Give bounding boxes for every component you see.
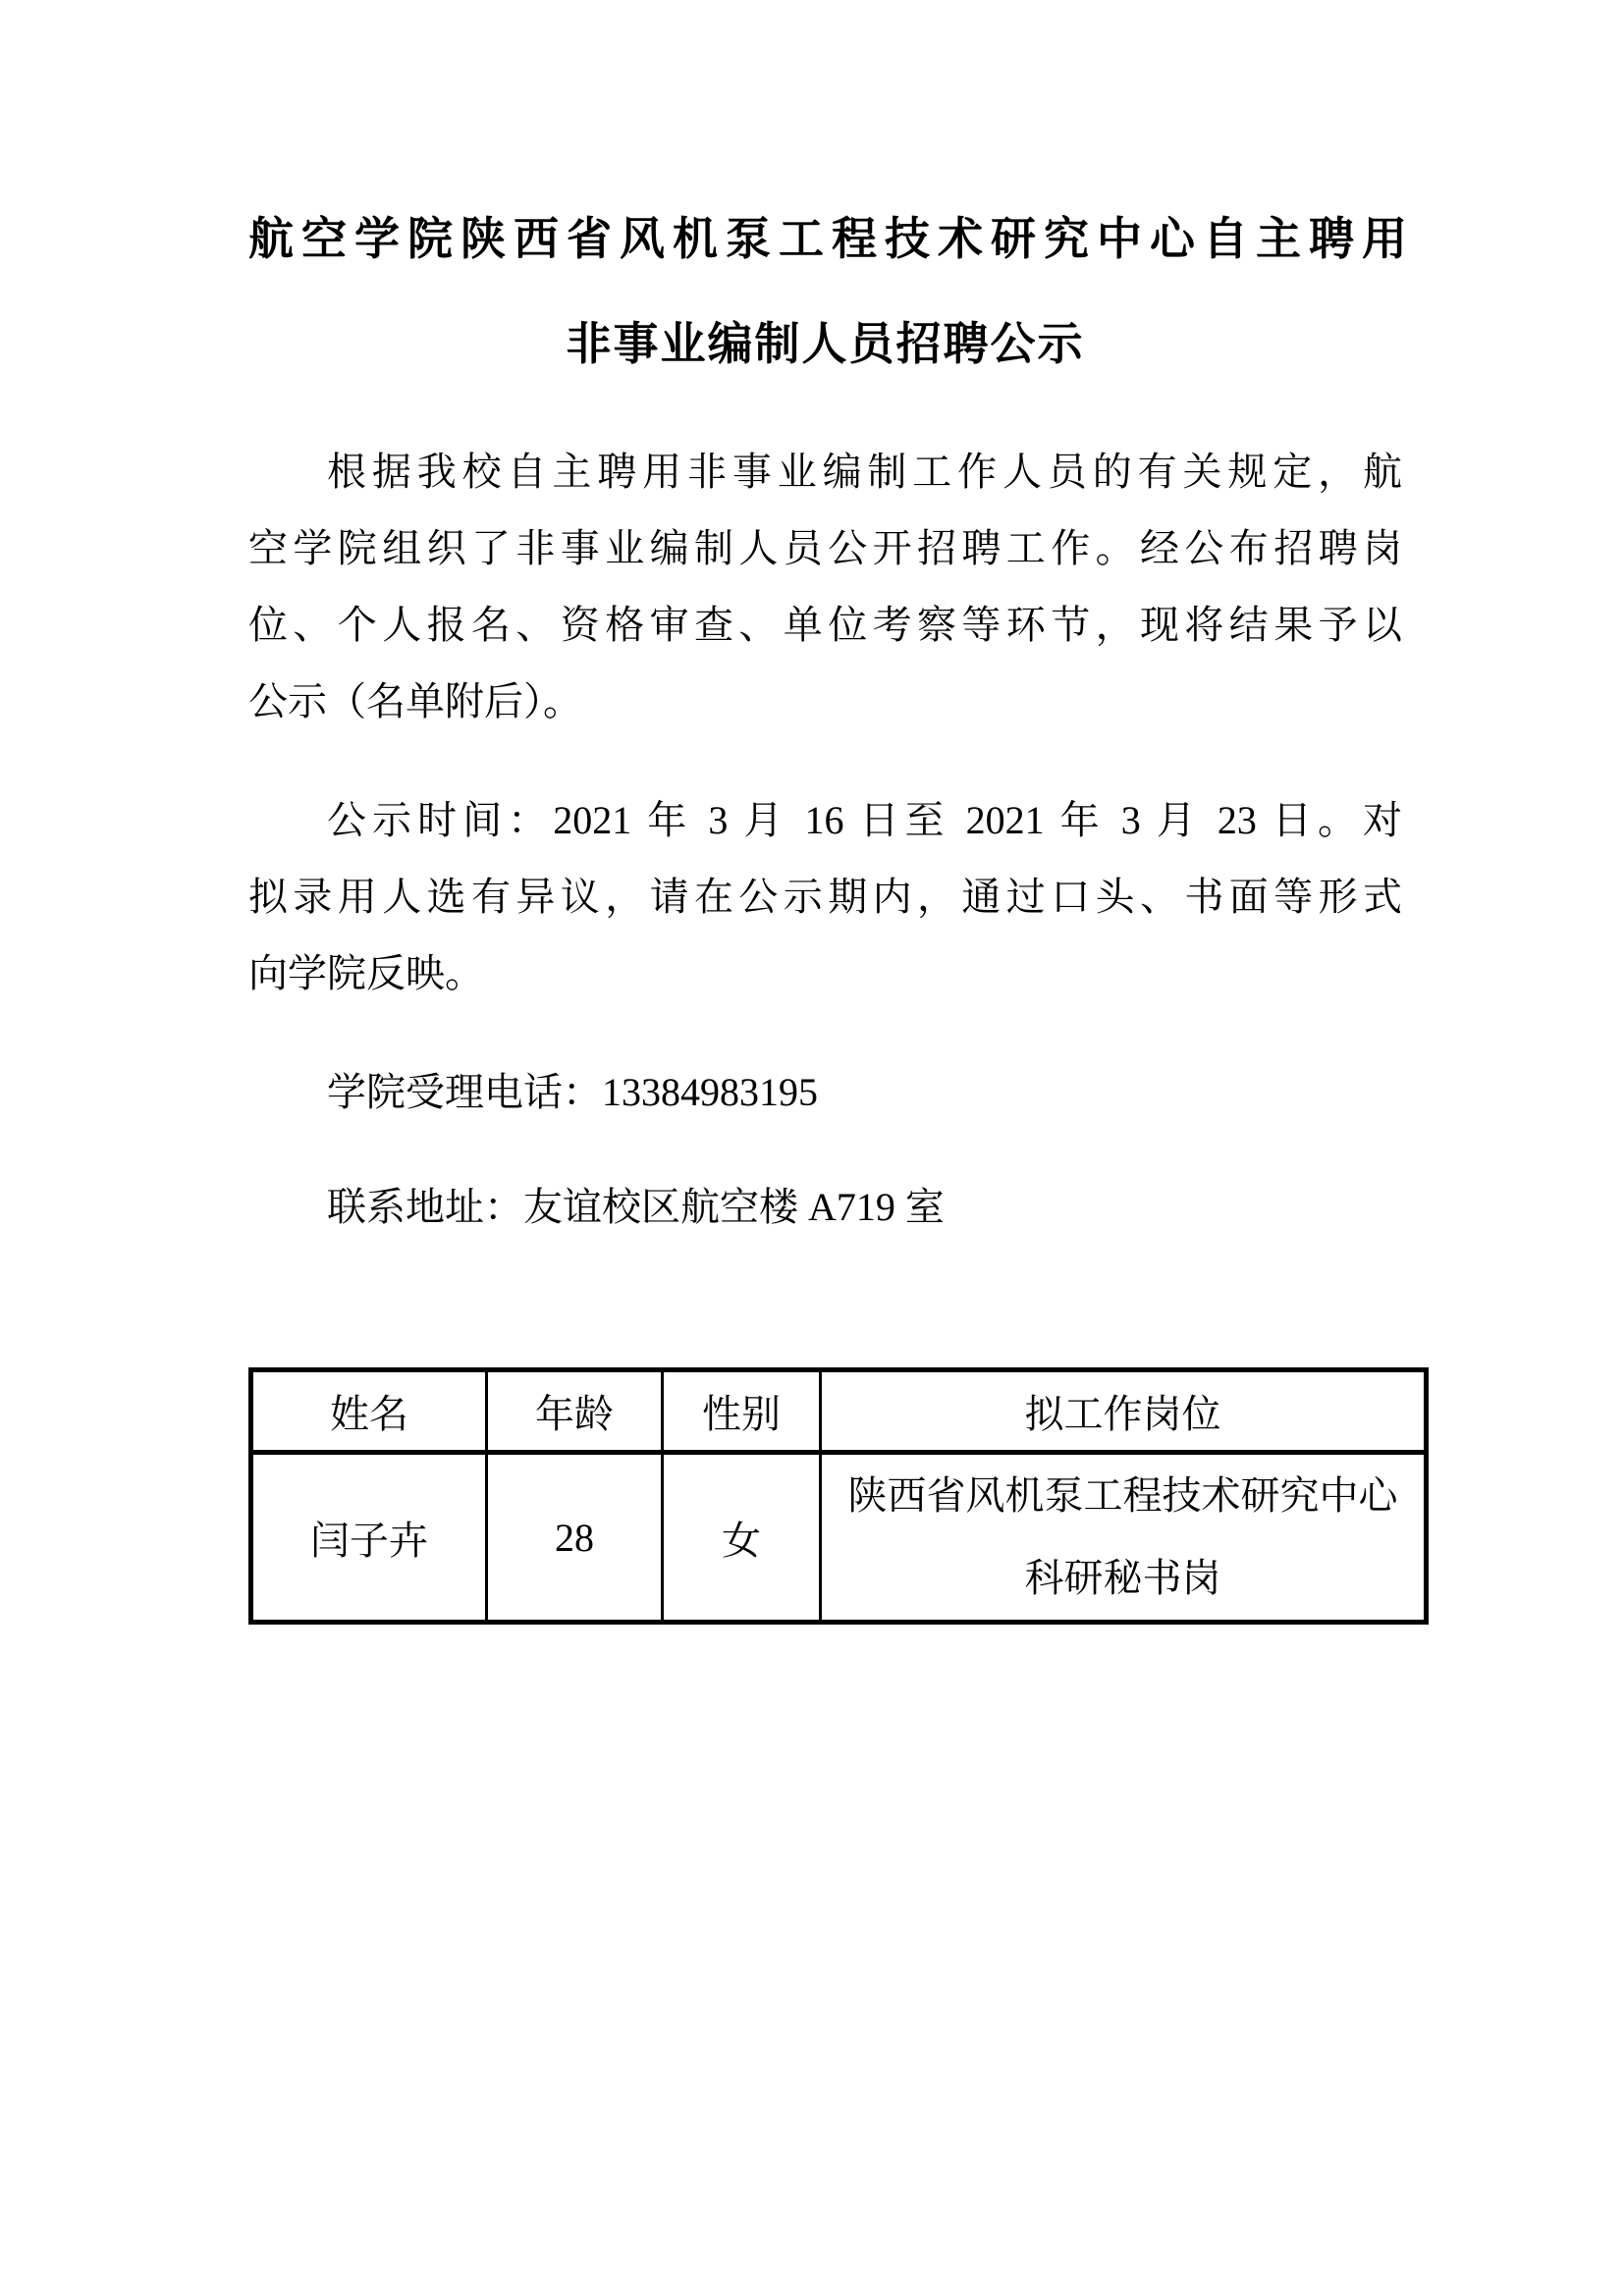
cell-gender: 女	[663, 1453, 821, 1623]
col-header-name: 姓名	[251, 1370, 487, 1453]
cell-age: 28	[487, 1453, 663, 1623]
paragraph-publicity-period: 公示时间：2021 年 3 月 16 日至 2021 年 3 月 23 日。对 …	[248, 782, 1402, 1012]
text-line: 位、个人报名、资格审查、单位考察等环节，现将结果予以	[248, 587, 1402, 664]
document-content: 航空学院陕西省风机泵工程技术研究中心自主聘用 非事业编制人员招聘公示 根据我校自…	[0, 0, 1624, 1625]
cell-name: 闫子卉	[251, 1453, 487, 1623]
document-title-line2: 非事业编制人员招聘公示	[248, 316, 1402, 373]
cell-position: 陕西省风机泵工程技术研究中心 科研秘书岗	[821, 1453, 1427, 1623]
col-header-age: 年龄	[487, 1370, 663, 1453]
paragraph-intro: 根据我校自主聘用非事业编制工作人员的有关规定，航 空学院组织了非事业编制人员公开…	[248, 434, 1402, 740]
document-title-line1: 航空学院陕西省风机泵工程技术研究中心自主聘用	[248, 0, 1402, 268]
address-line: 联系地址：友谊校区航空楼 A719 室	[248, 1169, 1402, 1246]
col-header-gender: 性别	[663, 1370, 821, 1453]
text-line: 拟录用人选有异议，请在公示期内，通过口头、书面等形式	[248, 859, 1402, 935]
col-header-position: 拟工作岗位	[821, 1370, 1427, 1453]
position-line2: 科研秘书岗	[822, 1537, 1424, 1620]
table-row: 闫子卉 28 女 陕西省风机泵工程技术研究中心 科研秘书岗	[251, 1453, 1427, 1623]
position-line1: 陕西省风机泵工程技术研究中心	[822, 1455, 1424, 1537]
text-line: 空学院组织了非事业编制人员公开招聘工作。经公布招聘岗	[248, 510, 1402, 587]
candidates-table: 姓名 年龄 性别 拟工作岗位 闫子卉 28 女 陕西省风机泵工程技术研究中心 科…	[248, 1367, 1429, 1625]
text-line: 公示（名单附后）。	[248, 664, 1402, 740]
phone-line: 学院受理电话：13384983195	[248, 1054, 1402, 1131]
text-line: 向学院反映。	[248, 935, 1402, 1012]
text-line: 根据我校自主聘用非事业编制工作人员的有关规定，航	[248, 434, 1402, 510]
table-header-row: 姓名 年龄 性别 拟工作岗位	[251, 1370, 1427, 1453]
text-line: 公示时间：2021 年 3 月 16 日至 2021 年 3 月 23 日。对	[248, 782, 1402, 859]
document-page: 航空学院陕西省风机泵工程技术研究中心自主聘用 非事业编制人员招聘公示 根据我校自…	[0, 0, 1624, 2296]
